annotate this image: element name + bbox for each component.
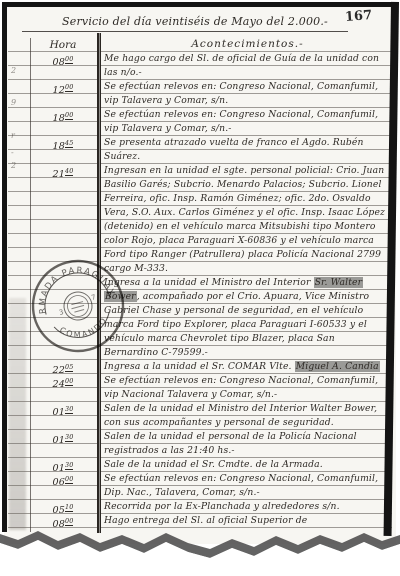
- entry-text: Recorrida por la Ex-Planchada y alrededo…: [104, 501, 340, 512]
- log-entry-row: 2140Ingresan en la unidad el sgte. perso…: [104, 164, 391, 276]
- hora-column-header: Hora: [31, 39, 95, 51]
- entry-time: 0600: [30, 472, 96, 490]
- log-entry-row: 0130Sale de la unidad el Sr. Cmdte. de l…: [104, 458, 391, 472]
- scan-border-left: [2, 2, 7, 532]
- margin-bleed-mark: 2: [11, 66, 16, 75]
- entry-time: 0130: [30, 430, 96, 448]
- entry-time: 1845: [30, 136, 96, 154]
- title-underline: [22, 31, 348, 32]
- svg-text:7: 7: [90, 293, 96, 302]
- page-title: Servicio del día veintiséis de Mayo del …: [62, 15, 352, 28]
- entry-text: Salen de la unidad el Ministro del Inter…: [104, 403, 377, 428]
- scan-border-top: [2, 2, 396, 7]
- margin-bleed-mark: -: [11, 148, 14, 157]
- entry-text: Me hago cargo del Sl. de oficial de Guía…: [104, 53, 379, 78]
- log-entry-row: 2205Ingresa a la unidad el Sr. COMAR Vlt…: [104, 360, 391, 374]
- log-entry-row: 0600Se efectúan relevos en: Congreso Nac…: [104, 472, 391, 500]
- armada-paraguaya-stamp-icon: ARMADA PARAGUAYA COMANDO 3 7: [24, 252, 132, 360]
- entry-time: 1800: [30, 108, 96, 126]
- entry-time: 1200: [30, 80, 96, 98]
- highlighted-name: Miguel A. Candia: [295, 361, 380, 372]
- entry-text: Sale de la unidad el Sr. Cmdte. de la Ar…: [104, 459, 323, 470]
- scanned-logbook-page: Servicio del día veintiséis de Mayo del …: [0, 0, 400, 576]
- log-entry-row: Ingresa a la unidad el Ministro del Inte…: [104, 276, 391, 360]
- entry-text: Se efectúan relevos en: Congreso Naciona…: [104, 473, 378, 498]
- entry-time: 2400: [30, 374, 96, 392]
- entry-text: Se efectúan relevos en: Congreso Naciona…: [104, 81, 378, 106]
- log-entry-row: 1845Se presenta atrazado vuelta de franc…: [104, 136, 391, 164]
- log-entry-row: 0130Salen de la unidad el Ministro del I…: [104, 402, 391, 430]
- entry-text: Se efectúan relevos en: Congreso Naciona…: [104, 109, 378, 134]
- entry-time: 0800: [30, 52, 96, 70]
- log-entry-row: 1200Se efectúan relevos en: Congreso Nac…: [104, 80, 391, 108]
- entry-text: Se presenta atrazado vuelta de franco el…: [104, 137, 364, 162]
- entry-text: Salen de la unidad el personal de la Pol…: [104, 431, 357, 456]
- log-entry-row: 2400Se efectúan relevos en: Congreso Nac…: [104, 374, 391, 402]
- log-entry-row: 0800Me hago cargo del Sl. de oficial de …: [104, 52, 391, 80]
- svg-text:3: 3: [58, 308, 64, 317]
- log-entry-row: 0130Salen de la unidad el personal de la…: [104, 430, 391, 458]
- entry-text: Ingresan en la unidad el sgte. personal …: [104, 165, 385, 274]
- page-number-stamp: 167: [345, 8, 373, 25]
- acontecimientos-column-header: Acontecimientos.-: [104, 38, 391, 50]
- margin-bleed-mark: 2: [11, 161, 16, 170]
- entry-time: 2140: [30, 164, 96, 182]
- entry-text: Ingresa a la unidad el Sr. COMAR Vlte. M…: [104, 361, 380, 372]
- entry-text: Ingresa a la unidad el Ministro del Inte…: [104, 277, 369, 358]
- torn-edge: [0, 518, 400, 576]
- margin-bleed-mark: r: [11, 131, 15, 140]
- margin-bleed-mark: 9: [11, 98, 16, 107]
- highlighted-name: Sr. Walter: [314, 277, 364, 288]
- log-entries: 0800Me hago cargo del Sl. de oficial de …: [104, 52, 391, 528]
- entry-text: Se efectúan relevos en: Congreso Naciona…: [104, 375, 378, 400]
- entry-time: 0130: [30, 402, 96, 420]
- log-entry-row: 1800Se efectúan relevos en: Congreso Nac…: [104, 108, 391, 136]
- log-entry-row: 0510Recorrida por la Ex-Planchada y alre…: [104, 500, 391, 514]
